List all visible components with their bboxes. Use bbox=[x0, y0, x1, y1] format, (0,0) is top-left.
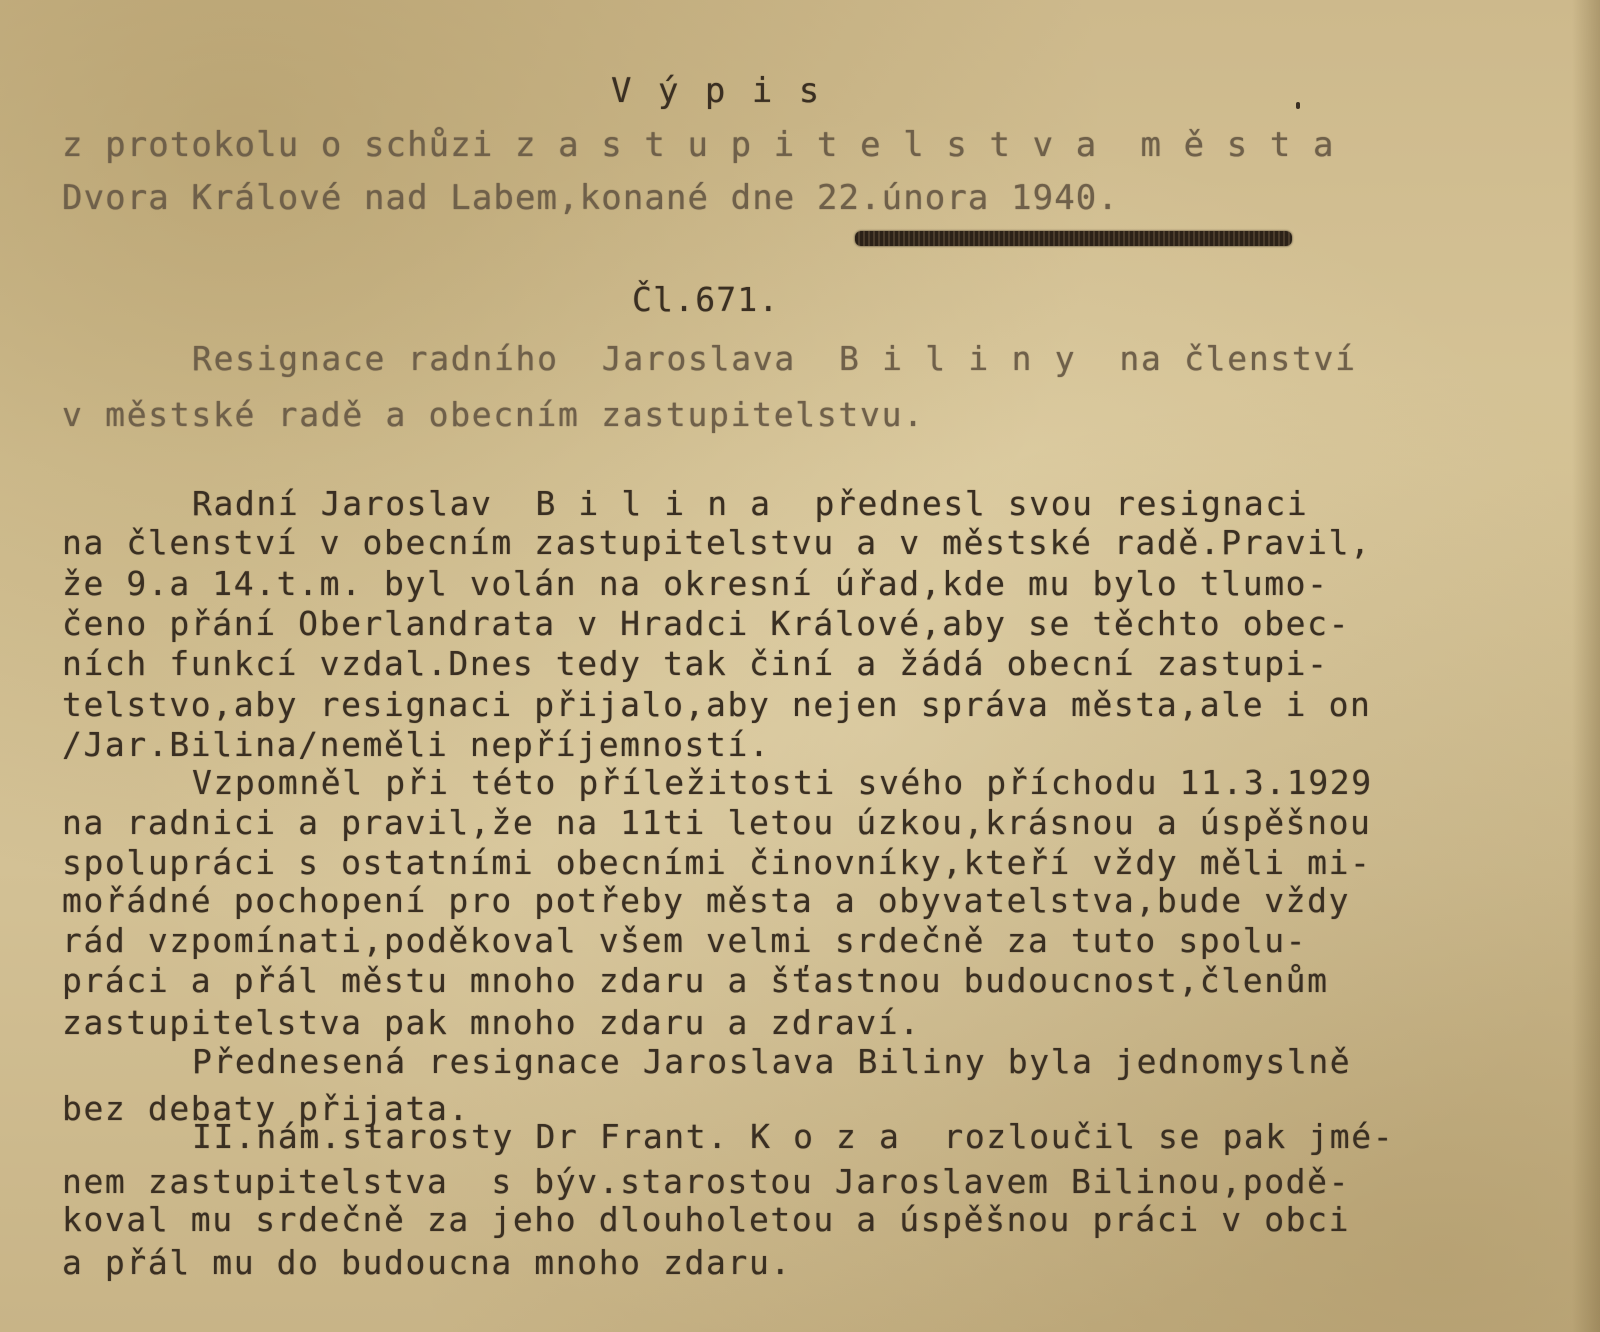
body-line: telstvo,aby resignaci přijalo,aby nejen … bbox=[62, 688, 1372, 721]
article-number: Čl.671. bbox=[632, 283, 779, 316]
subtitle-line-1: z protokolu o schůzi z a s t u p i t e l… bbox=[62, 128, 1335, 162]
body-line: mořádné pochopení pro potřeby města a ob… bbox=[62, 884, 1350, 917]
heading-line-2: v městské radě a obecním zastupitelstvu. bbox=[62, 398, 925, 431]
body-line: a přál mu do budoucna mnoho zdaru. bbox=[62, 1246, 792, 1279]
body-line: spolupráci s ostatními obecními činovník… bbox=[62, 846, 1372, 879]
body-line: nem zastupitelstva s býv.starostou Jaros… bbox=[62, 1165, 1350, 1198]
body-line: na členství v obecním zastupitelstvu a v… bbox=[62, 526, 1372, 559]
document-title: V ý p i s bbox=[611, 74, 822, 108]
body-line: rád vzpomínati,poděkoval všem velmi srde… bbox=[62, 924, 1307, 957]
page-edge-shadow bbox=[1572, 0, 1600, 1332]
body-line: na radnici a pravil,že na 11ti letou úzk… bbox=[62, 806, 1372, 839]
ink-speck bbox=[1296, 102, 1300, 109]
body-line: /Jar.Bilina/neměli nepříjemností. bbox=[62, 728, 770, 761]
body-line: že 9.a 14.t.m. byl volán na okresní úřad… bbox=[62, 567, 1329, 600]
heading-line-1: Resignace radního Jaroslava B i l i n y … bbox=[192, 342, 1357, 375]
body-line: Vzpomněl při této příležitosti svého pří… bbox=[192, 766, 1373, 799]
body-line: Přednesená resignace Jaroslava Biliny by… bbox=[192, 1045, 1351, 1078]
body-line: Radní Jaroslav B i l i n a přednesl svou… bbox=[192, 487, 1308, 520]
typewritten-document: V ý p i s z protokolu o schůzi z a s t u… bbox=[0, 0, 1600, 1332]
body-line: zastupitelstva pak mnoho zdaru a zdraví. bbox=[62, 1006, 921, 1039]
subtitle-line-2: Dvora Králové nad Labem,konané dne 22.ún… bbox=[62, 181, 1119, 215]
body-line: čeno přání Oberlandrata v Hradci Králové… bbox=[62, 607, 1350, 640]
body-line: koval mu srdečně za jeho dlouholetou a ú… bbox=[62, 1203, 1350, 1236]
body-line: práci a přál městu mnoho zdaru a šťastno… bbox=[62, 964, 1329, 997]
date-underline bbox=[855, 231, 1292, 246]
body-line: II.nám.starosty Dr Frant. K o z a rozlou… bbox=[192, 1120, 1394, 1153]
body-line: ních funkcí vzdal.Dnes tedy tak činí a ž… bbox=[62, 647, 1329, 680]
